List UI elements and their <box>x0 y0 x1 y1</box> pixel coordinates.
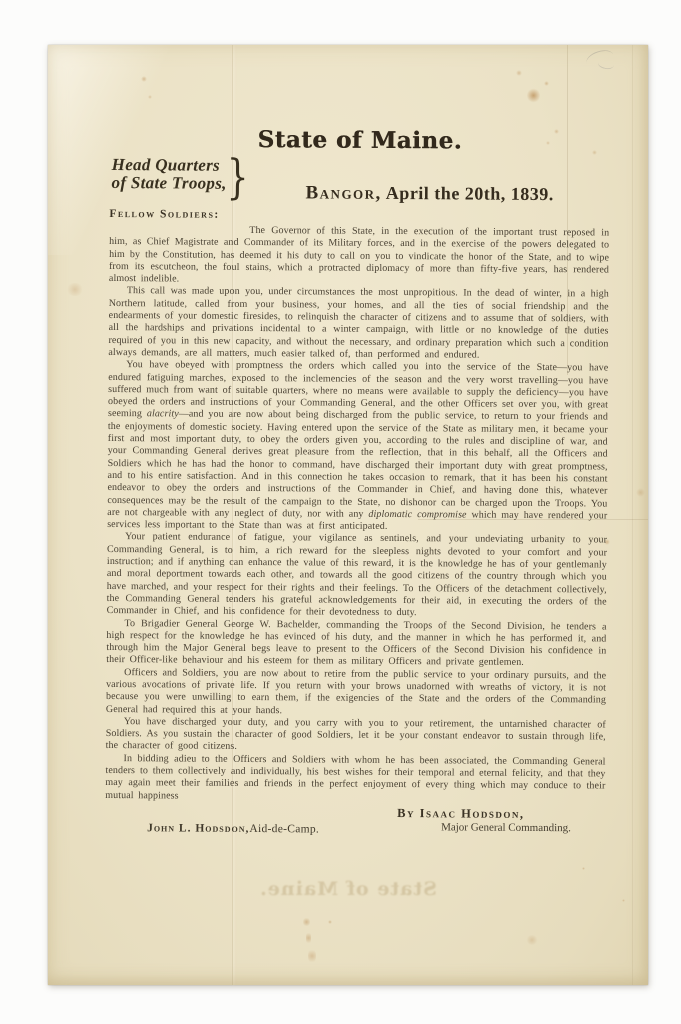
dateline-place: Bangor, <box>305 182 381 204</box>
stain <box>527 88 540 103</box>
paragraph-2: This call was made upon you, under circu… <box>108 285 609 362</box>
paragraph-4: Your patient endurance of fatigue, your … <box>107 531 608 621</box>
paragraph-5: To Brigadier General George W. Bachelder… <box>106 617 606 670</box>
stain <box>306 931 311 945</box>
stain <box>582 867 585 870</box>
stain <box>544 81 549 86</box>
dateline: Bangor, April the 20th, 1839. <box>305 182 553 206</box>
header-block: Head Quarters of State Troops, } Bangor,… <box>109 156 609 209</box>
brace-glyph: } <box>227 150 249 205</box>
printed-content: State of Maine. Head Quarters of State T… <box>105 125 610 847</box>
paragraph-6: Officers and Soldiers, you are now about… <box>106 667 606 720</box>
paragraph-3: You have obeyed with promptness the orde… <box>107 359 608 535</box>
paragraph-7: You have discharged your duty, and you c… <box>106 716 606 756</box>
stain <box>636 488 645 497</box>
salutation: Fellow Soldiers: <box>109 208 609 223</box>
vertical-crease <box>632 45 633 985</box>
paragraph-1: The Governor of this State, in the execu… <box>109 224 609 289</box>
aide-name: John L. Hodsdon, <box>147 822 249 835</box>
aide-role: Aid-de-Camp. <box>249 823 319 835</box>
broadside-sheet: State of Maine. State of Maine. Head Qua… <box>48 45 648 985</box>
photo-background: State of Maine. State of Maine. Head Qua… <box>0 0 681 1024</box>
dateline-date: April the 20th, 1839. <box>382 183 554 204</box>
verso-bleed-through-text: State of Maine. <box>188 878 508 900</box>
stain <box>303 917 310 927</box>
signature-title: Major General Commanding. <box>441 821 571 834</box>
headquarters-block: Head Quarters of State Troops, <box>112 156 227 193</box>
stain <box>622 899 625 902</box>
stain <box>328 920 332 924</box>
signature-name: By Isaac Hodsdon, <box>397 806 524 822</box>
headquarters-line1: Head Quarters <box>112 156 227 175</box>
stain <box>526 935 538 945</box>
paragraph-8: In bidding adieu to the Officers and Sol… <box>105 753 605 806</box>
document-title: State of Maine. <box>110 125 610 156</box>
stain <box>66 283 84 296</box>
stain <box>308 948 316 964</box>
signature-block: By Isaac Hodsdon, Major General Commandi… <box>105 804 605 847</box>
stain <box>516 70 522 76</box>
aide-de-camp-line: John L. Hodsdon,Aid-de-Camp. <box>147 822 319 835</box>
headquarters-line2: of State Troops, <box>112 174 227 193</box>
document-body: The Governor of this State, in the execu… <box>105 224 609 805</box>
